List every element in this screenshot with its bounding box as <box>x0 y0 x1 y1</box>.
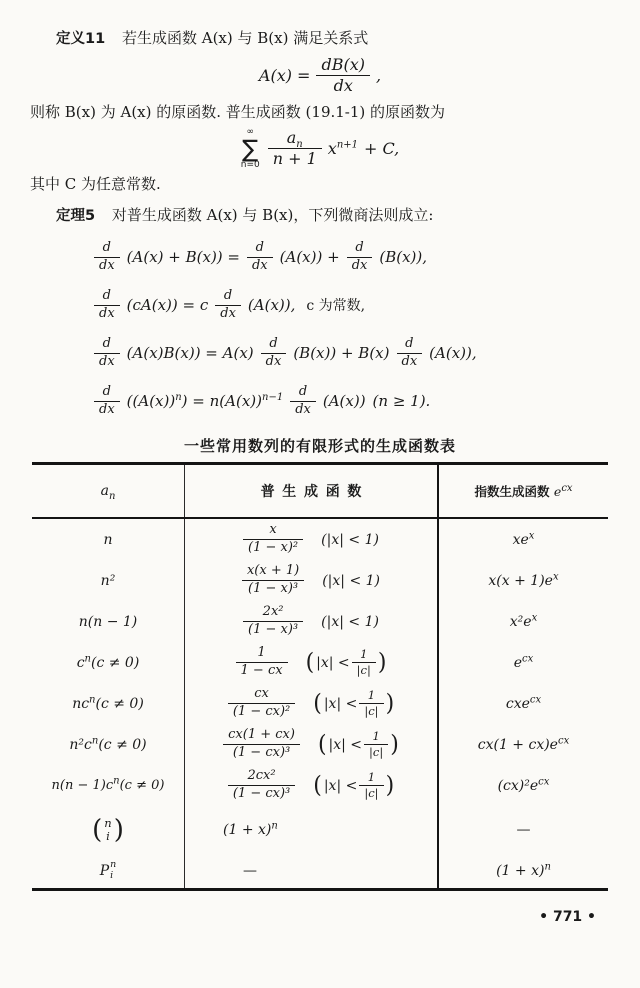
book-page: 定义11 若生成函数 A(x) 与 B(x) 满足关系式 A(x) = dB(x… <box>0 0 640 988</box>
cell-ogf: 2x²(1 − x)³ (|x| < 1) <box>185 601 439 642</box>
cell-egf: ecx <box>439 642 608 683</box>
cell-ogf: x(x + 1)(1 − x)³ (|x| < 1) <box>185 560 439 601</box>
cell-ogf: 2cx²(1 − cx)³ ( |x| < 1|c| ) <box>185 765 439 806</box>
table-title: 一些常用数列的有限形式的生成函数表 <box>30 435 610 456</box>
d-dx-fraction: ddx <box>94 241 120 274</box>
cell-egf: cx(1 + cx)ecx <box>439 724 608 765</box>
x-power-term: xn+1 <box>328 139 358 158</box>
rule-segment: (B(x)) + B(x) <box>293 344 389 362</box>
derivative-rule-constant: ddx (cA(x)) = c ddx (A(x)), c 为常数, <box>94 281 610 329</box>
summation-symbol: ∞ ∑ n=0 <box>241 128 260 170</box>
d-dx-fraction: ddx <box>347 241 373 274</box>
definition-11-label: 定义11 <box>56 31 105 47</box>
cell-ogf: cx(1 − cx)² ( |x| < 1|c| ) <box>185 683 439 724</box>
cell-egf: x(x + 1)ex <box>439 560 608 601</box>
cell-an: Pni <box>32 854 185 888</box>
equation-antiderivative-sum: ∞ ∑ n=0 an n + 1 xn+1 + C, <box>30 128 610 170</box>
table-row-nc-power-n: ncn(c ≠ 0) cx(1 − cx)² ( |x| < 1|c| ) cx… <box>32 683 608 724</box>
fraction-denominator: dx <box>316 76 370 95</box>
d-dx-fraction: ddx <box>261 337 287 370</box>
right-paren: ) <box>386 774 395 797</box>
rule-segment: (A(x)B(x)) = A(x) <box>127 344 254 362</box>
cell-an: n²cn(c ≠ 0) <box>32 724 185 765</box>
cell-egf: xex <box>439 519 608 560</box>
definition-11-line: 定义11 若生成函数 A(x) 与 B(x) 满足关系式 <box>56 28 610 50</box>
fraction-denominator: n + 1 <box>268 149 322 168</box>
left-paren: ( <box>318 733 327 756</box>
d-dx-fraction: ddx <box>397 337 423 370</box>
cell-an: n² <box>32 560 185 601</box>
definition-11-intro: 若生成函数 A(x) 与 B(x) 满足关系式 <box>122 29 368 47</box>
fraction-numerator: an <box>268 129 322 149</box>
rule-segment: (cA(x)) = c <box>127 296 209 314</box>
rule-segment: (A(x)), <box>248 296 295 314</box>
table-row-n-n-minus-1: n(n − 1) 2x²(1 − x)³ (|x| < 1) x²ex <box>32 601 608 642</box>
table-row-c-power-n: cn(c ≠ 0) 11 − cx ( |x| < 1|c| ) ecx <box>32 642 608 683</box>
cell-an: n <box>32 519 185 560</box>
header-cell-an: an <box>32 465 185 517</box>
generating-functions-table: an 普生成函数 指数生成函数 ecx n x(1 − x)² (|x| < 1… <box>32 462 608 891</box>
cell-an: ncn(c ≠ 0) <box>32 683 185 724</box>
derivative-rule-power: ddx ((A(x))n) = n(A(x))n−1 ddx (A(x)) (n… <box>94 377 610 425</box>
d-dx-fraction: ddx <box>94 289 120 322</box>
plus-c-term: + C, <box>364 139 399 158</box>
cell-egf: — <box>439 806 608 854</box>
d-dx-fraction: ddx <box>94 385 120 418</box>
fraction-numerator: dB(x) <box>316 56 370 76</box>
right-paren: ) <box>386 692 395 715</box>
cell-an: ( ni ) <box>32 806 185 854</box>
cell-egf: x²ex <box>439 601 608 642</box>
rule-segment: ((A(x))n) = n(A(x))n−1 <box>127 392 284 410</box>
d-dx-fraction: ddx <box>290 385 316 418</box>
left-paren: ( <box>306 651 315 674</box>
cell-an: n(n − 1) <box>32 601 185 642</box>
rule-segment: (A(x)) + <box>280 248 340 266</box>
table-row-permutation: Pni — (1 + x)n <box>32 854 608 888</box>
table-row-n-squared: n² x(x + 1)(1 − x)³ (|x| < 1) x(x + 1)ex <box>32 560 608 601</box>
rule-condition: (n ≥ 1). <box>373 392 431 410</box>
rule-note: c 为常数, <box>306 295 365 315</box>
equation-comma: , <box>376 66 381 85</box>
sigma-icon: ∑ <box>242 137 258 161</box>
right-paren: ) <box>378 651 387 674</box>
derivative-rule-sum: ddx (A(x) + B(x)) = ddx (A(x)) + ddx (B(… <box>94 233 610 281</box>
binomial-coefficient: ( ni ) <box>92 817 124 845</box>
d-dx-fraction: ddx <box>94 337 120 370</box>
cell-an: cn(c ≠ 0) <box>32 642 185 683</box>
db-dx-fraction: dB(x) dx <box>316 56 370 96</box>
right-paren: ) <box>390 733 399 756</box>
d-dx-fraction: ddx <box>215 289 241 322</box>
table-row-binomial: ( ni ) (1 + x)n — <box>32 806 608 854</box>
rule-segment: (A(x)) <box>323 392 366 410</box>
derivative-rule-product: ddx (A(x)B(x)) = A(x) ddx (B(x)) + B(x) … <box>94 329 610 377</box>
permutation-symbol: Pni <box>100 860 117 882</box>
cell-ogf: — <box>185 854 439 888</box>
table-header-row: an 普生成函数 指数生成函数 ecx <box>32 465 608 519</box>
left-paren: ( <box>313 692 322 715</box>
table-row-n-n-minus-1-c-power-n: n(n − 1)cn(c ≠ 0) 2cx²(1 − cx)³ ( |x| < … <box>32 765 608 806</box>
rule-segment: (B(x)), <box>379 248 427 266</box>
table-row-n: n x(1 − x)² (|x| < 1) xex <box>32 519 608 560</box>
an-over-n-plus-1-fraction: an n + 1 <box>268 129 322 169</box>
sum-lower-limit: n=0 <box>241 161 260 170</box>
equation-lhs: A(x) = <box>259 66 311 85</box>
cell-egf: cxecx <box>439 683 608 724</box>
equation-derivative-relation: A(x) = dB(x) dx , <box>30 56 610 96</box>
rule-segment: (A(x) + B(x)) = <box>127 248 240 266</box>
header-cell-ogf: 普生成函数 <box>185 465 439 517</box>
cell-ogf: x(1 − x)² (|x| < 1) <box>185 519 439 560</box>
theorem-5-intro: 对普生成函数 A(x) 与 B(x)，下列微商法则成立: <box>112 206 434 224</box>
d-dx-fraction: ddx <box>247 241 273 274</box>
cell-ogf: (1 + x)n <box>185 806 439 854</box>
left-paren: ( <box>313 774 322 797</box>
antiderivative-text: 则称 B(x) 为 A(x) 的原函数. 普生成函数 (19.1-1) 的原函数… <box>30 102 610 124</box>
cell-an: n(n − 1)cn(c ≠ 0) <box>32 765 185 806</box>
constant-note: 其中 C 为任意常数. <box>30 174 610 196</box>
theorem-5-line: 定理5 对普生成函数 A(x) 与 B(x)，下列微商法则成立: <box>56 205 610 227</box>
cell-egf: (1 + x)n <box>439 854 608 888</box>
page-number: • 771 • <box>30 909 596 925</box>
cell-ogf: 11 − cx ( |x| < 1|c| ) <box>185 642 439 683</box>
theorem-5-label: 定理5 <box>56 208 95 224</box>
table-row-n2c-power-n: n²cn(c ≠ 0) cx(1 + cx)(1 − cx)³ ( |x| < … <box>32 724 608 765</box>
header-cell-egf: 指数生成函数 ecx <box>439 465 608 517</box>
rule-segment: (A(x)), <box>429 344 476 362</box>
cell-egf: (cx)²ecx <box>439 765 608 806</box>
cell-ogf: cx(1 + cx)(1 − cx)³ ( |x| < 1|c| ) <box>185 724 439 765</box>
